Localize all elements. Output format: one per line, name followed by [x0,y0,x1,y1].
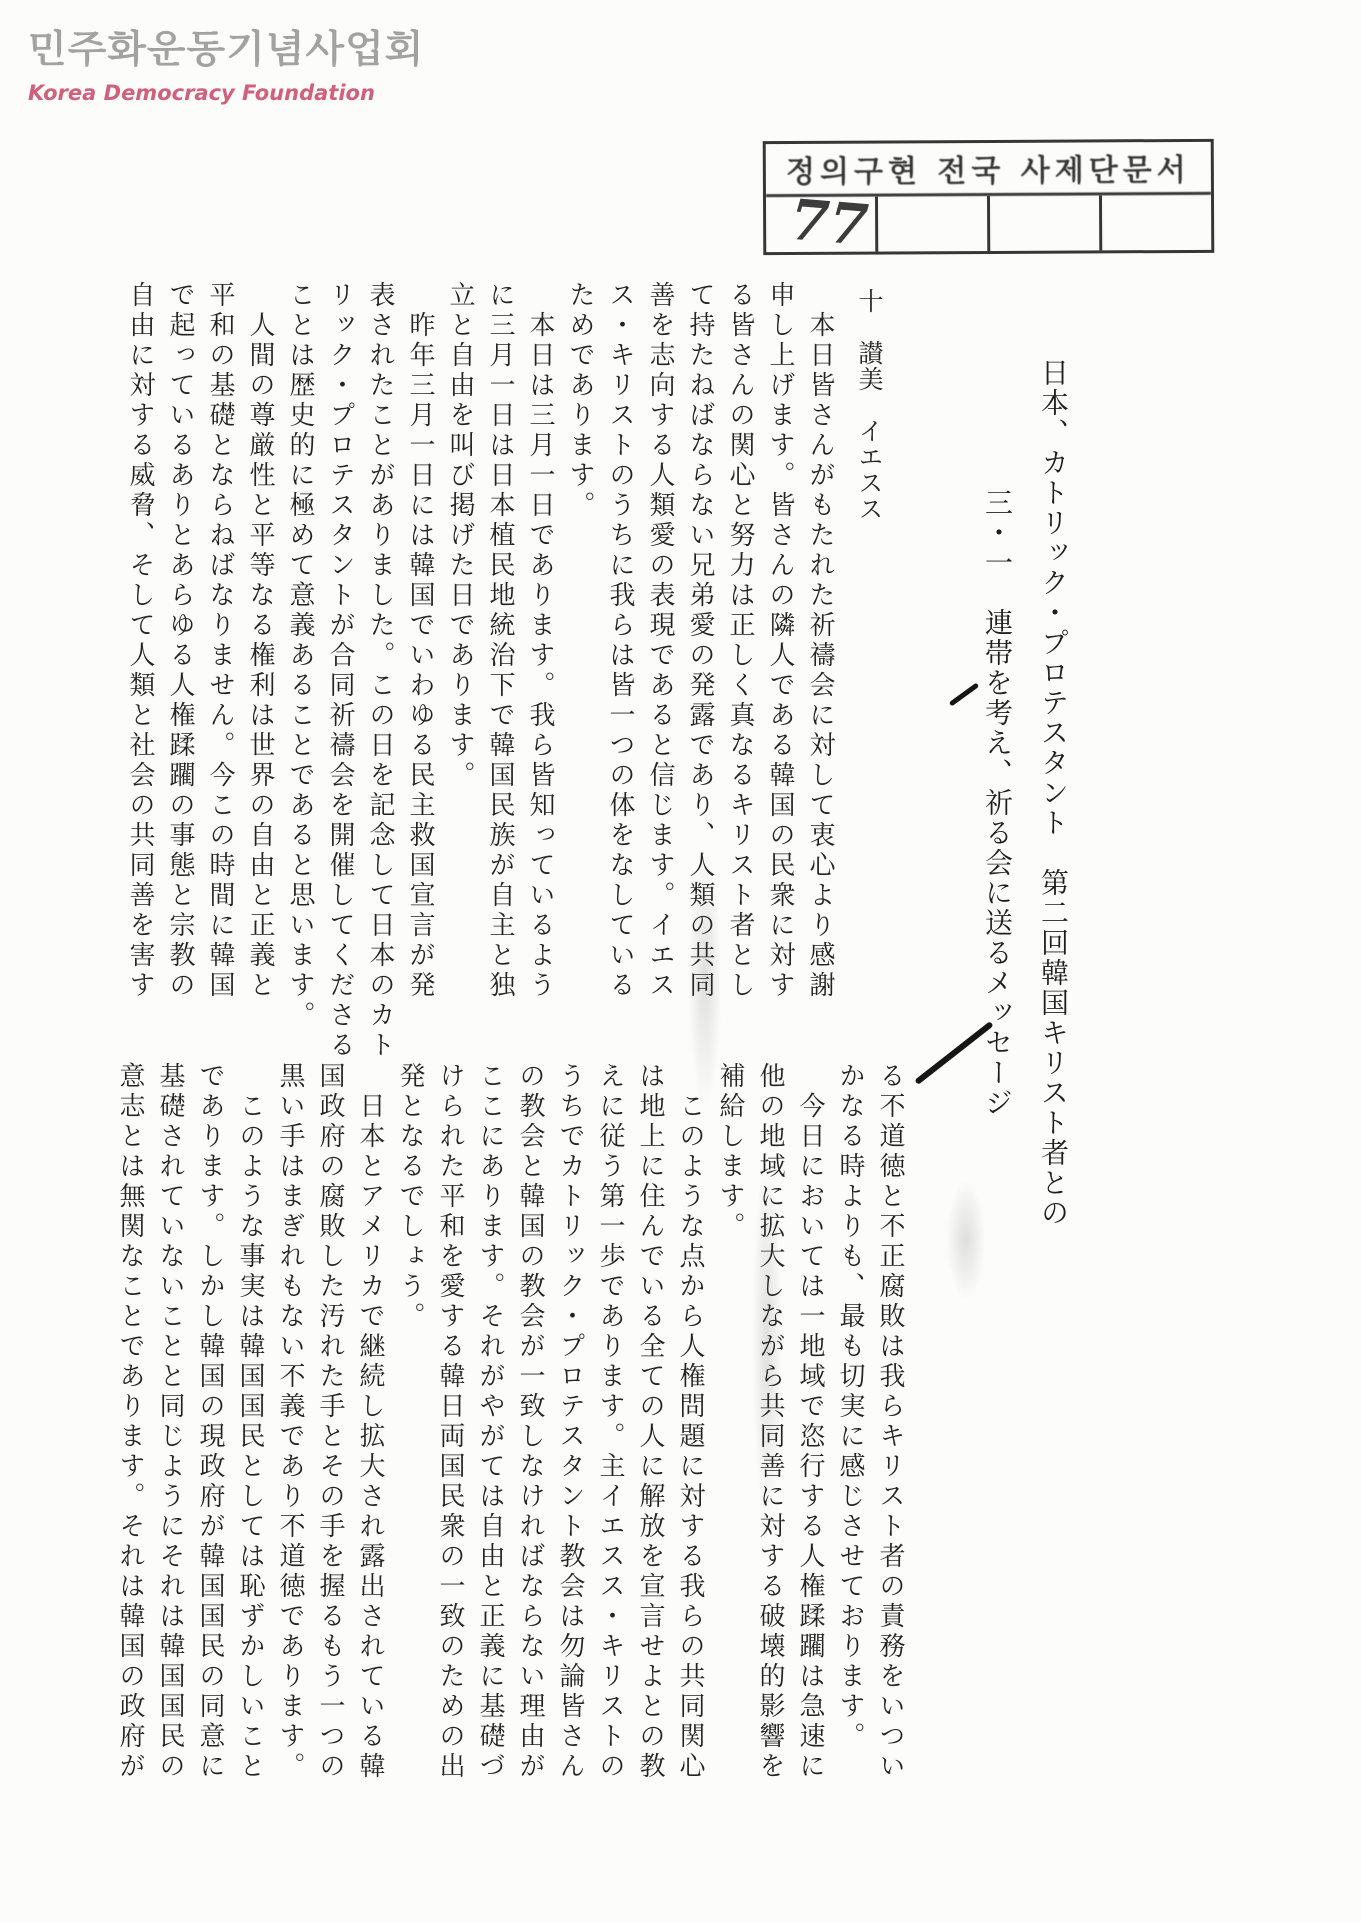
text-column: て持たねばならない兄弟愛の発露であり、人類の共同 [680,281,720,1081]
kdf-logo: 민주화운동기념사업회 Korea Democracy Foundation [28,18,424,105]
text-column: 善を志向する人類愛の表現であると信じます。イエス [640,281,680,1081]
text-column: ス・キリストのうちに我らは皆一つの体をなしている [600,281,640,1081]
stamp-header-label: 정의구현 전국 사제단문서 [766,142,1211,197]
text-column: は地上に住んでいる全ての人に解放を宣言せよとの教 [630,1062,670,1882]
kdf-logo-korean: 민주화운동기념사업회 [28,19,424,73]
text-column: 立と自由を叫び掲げた日であります。 [440,281,480,1081]
document-title-line-2: 三・一 連帯を考え、祈る会に送るメッセージ [974,488,1018,1118]
text-column: であります。しかし韓国の現政府が韓国国民の同意に [190,1062,230,1882]
text-column: 申し上げます。皆さんの隣人である韓国の民衆に対す [760,281,800,1081]
text-column: ことは歴史的に極めて意義あることであると思います。 [280,281,320,1081]
text-column: 昨年三月一日には韓国でいわゆる民主救国宣言が発 [400,281,440,1081]
text-column: 日本とアメリカで継続し拡大され露出されている韓 [350,1062,390,1882]
invocation-praise-jesus: 十 讃美 イエスス [848,288,888,522]
text-column: 基礎されていないことと同じようにそれは韓国国民の [150,1062,190,1882]
text-column: に三月一日は日本植民地統治下で韓国民族が自主と独 [480,281,520,1081]
text-column: る不道徳と不正腐敗は我らキリスト者の責務をいつい [870,1062,910,1882]
upper-text-block: 本日皆さんがもたれた祈禱会に対して衷心より感謝申し上げます。皆さんの隣人である韓… [120,281,840,1081]
text-column: 平和の基礎とならねばなりません。今この時間に韓国 [200,281,240,1081]
text-column: 自由に対する威脅、そして人類と社会の共同善を害す [120,281,160,1081]
text-column: ここにあります。それがやがては自由と正義に基礎づ [470,1062,510,1882]
text-column: このような事実は韓国国民としては恥ずかしいこと [230,1062,270,1882]
text-column: 人間の尊厳性と平等なる権利は世界の自由と正義と [240,281,280,1081]
text-column: このような点から人権問題に対する我らの共同関心 [670,1062,710,1882]
text-column: ためであります。 [560,281,600,1081]
stamp-cell-3 [990,195,1102,251]
stamp-cell-4 [1102,195,1211,251]
text-column: 補給します。 [710,1062,750,1882]
text-column: る皆さんの関心と努力は正しく真なるキリスト者とし [720,281,760,1081]
text-column: かなる時よりも、最も切実に感じさせております。 [830,1062,870,1882]
text-column: リック・プロテスタントが合同祈禱会を開催してくださる [320,281,360,1081]
stamp-cell-2 [878,196,990,252]
text-column: 今日においては一地域で恣行する人権蹂躙は急速に [790,1062,830,1882]
text-column: 表されたことがありました。この日を記念して日本のカト [360,281,400,1081]
archive-stamp: 정의구현 전국 사제단문서 77 [763,139,1215,255]
stamp-cell-row: 77 [766,195,1211,252]
scanned-document-page: 민주화운동기념사업회 Korea Democracy Foundation 정의… [0,0,1361,1922]
text-column: 発となるでしょう。 [390,1062,430,1882]
text-column: けられた平和を愛する韓日両国民衆の一致のための出 [430,1062,470,1882]
text-column: 国政府の腐敗した汚れた手とその手を握るもう一つの [310,1062,350,1882]
text-column: の教会と韓国の教会が一致しなければならない理由が [510,1062,550,1882]
text-column: 他の地域に拡大しながら共同善に対する破壊的影響を [750,1062,790,1882]
scan-smudge [946,1180,986,1300]
text-column: えに従う第一歩であります。主イエスス・キリストの [590,1062,630,1882]
stamp-cell-1: 77 [766,197,878,253]
text-column: 意志とは無関なことであります。それは韓国の政府が [110,1062,150,1882]
document-title-line-1: 日本、カトリック・プロテスタント 第二回韓国キリスト者との [1030,358,1074,1228]
lower-text-block: る不道徳と不正腐敗は我らキリスト者の責務をいついかなる時よりも、最も切実に感じさ… [110,1062,910,1882]
text-column: 本日は三月一日であります。我ら皆知っているよう [520,281,560,1081]
text-column: 本日皆さんがもたれた祈禱会に対して衷心より感謝 [800,281,840,1081]
text-column: で起っているありとあらゆる人権蹂躙の事態と宗教の [160,281,200,1081]
handwritten-number: 77 [788,192,870,254]
kdf-logo-english: Korea Democracy Foundation [28,81,424,105]
text-column: うちでカトリック・プロテスタント教会は勿論皆さん [550,1062,590,1882]
text-column: 黒い手はまぎれもない不義であり不道徳であります。 [270,1062,310,1882]
